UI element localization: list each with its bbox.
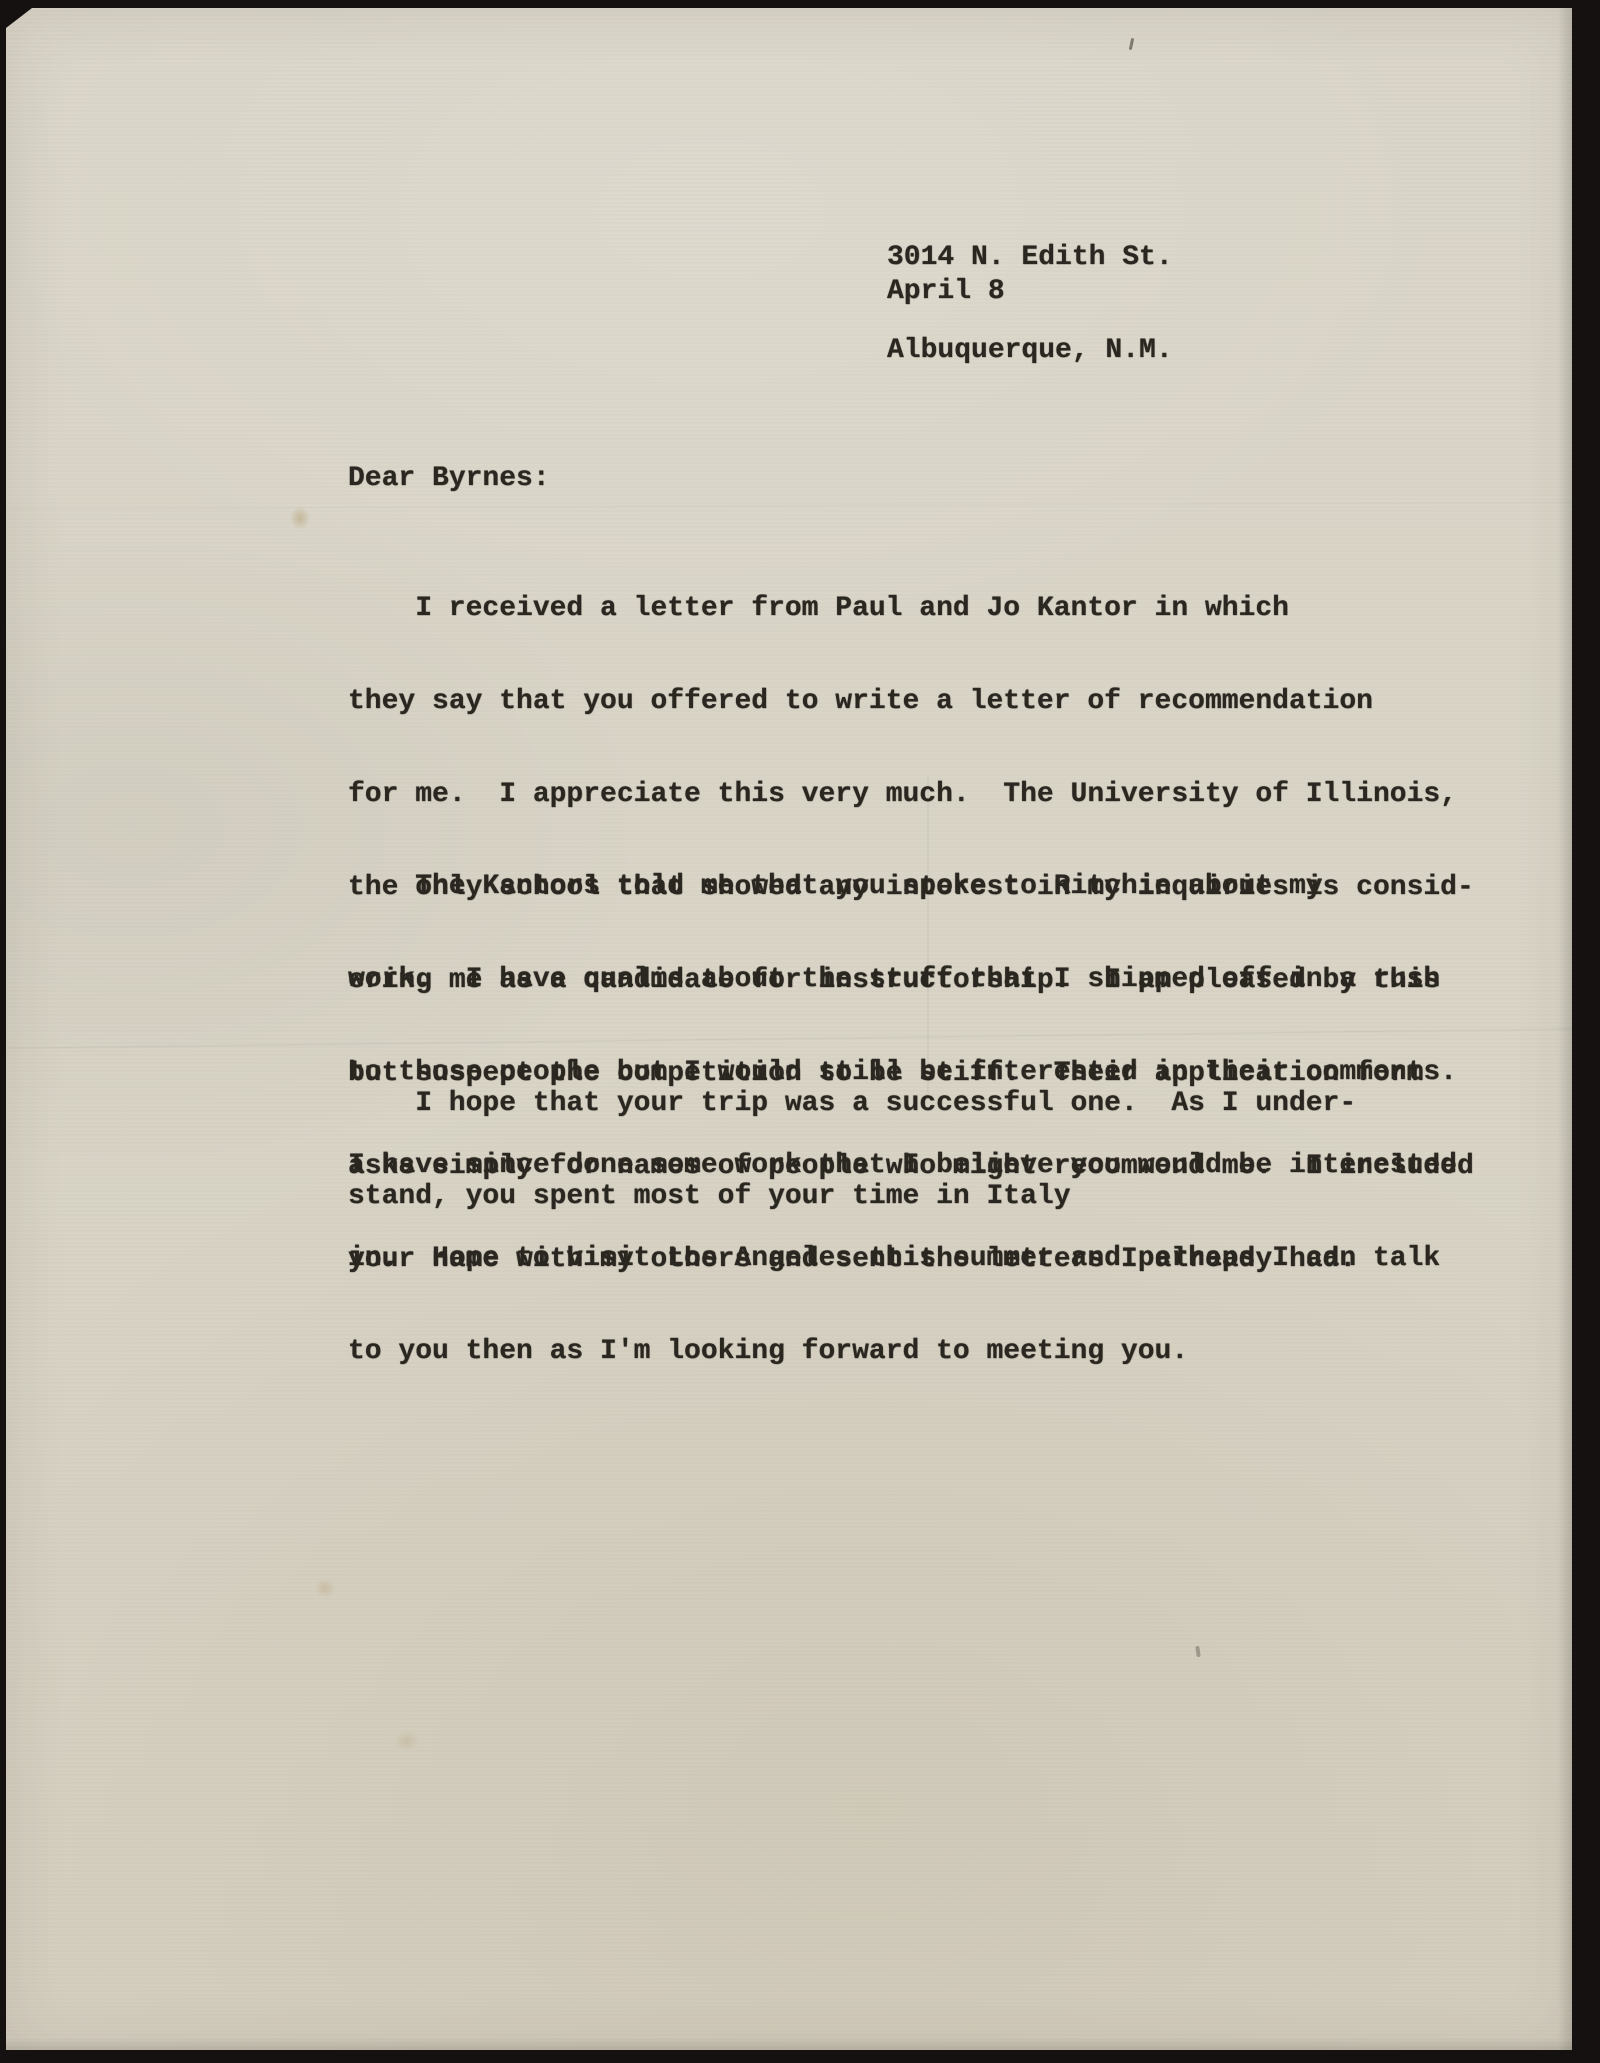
paper-edge-shadow: [1558, 8, 1572, 2050]
ink-speck: [1195, 1646, 1200, 1657]
letter-paper: 3014 N. Edith St. Albuquerque, N.M. Apri…: [6, 8, 1572, 2050]
letter-line: I hope that your trip was a successful o…: [348, 1088, 1356, 1119]
letter-line: stand, you spent most of your time in It…: [348, 1181, 1356, 1212]
paper-stain: [314, 1578, 336, 1598]
letter-line: The Kantors told me that you spoke to Ri…: [348, 871, 1457, 902]
letter-line: work. I have qualms about the stuff that…: [348, 964, 1457, 995]
letter-line: I received a letter from Paul and Jo Kan…: [348, 593, 1474, 624]
paragraph-3: I hope that your trip was a successful o…: [348, 1026, 1356, 1274]
letter-line: for me. I appreciate this very much. The…: [348, 779, 1474, 810]
paper-stain: [394, 1730, 420, 1752]
letter-line: they say that you offered to write a let…: [348, 686, 1474, 717]
fold-crease-upper: [6, 502, 1572, 512]
return-address-line: 3014 N. Edith St.: [887, 242, 1173, 273]
letter-date: April 8: [887, 276, 1005, 307]
salutation: Dear Byrnes:: [348, 463, 550, 494]
scanned-letter-page: 3014 N. Edith St. Albuquerque, N.M. Apri…: [0, 0, 1600, 2063]
paper-edge-shadow: [6, 2038, 1572, 2050]
ink-speck: [1129, 38, 1134, 50]
letter-line: to you then as I'm looking forward to me…: [348, 1336, 1457, 1367]
return-address-line: Albuquerque, N.M.: [887, 335, 1173, 366]
paper-stain: [290, 506, 310, 530]
